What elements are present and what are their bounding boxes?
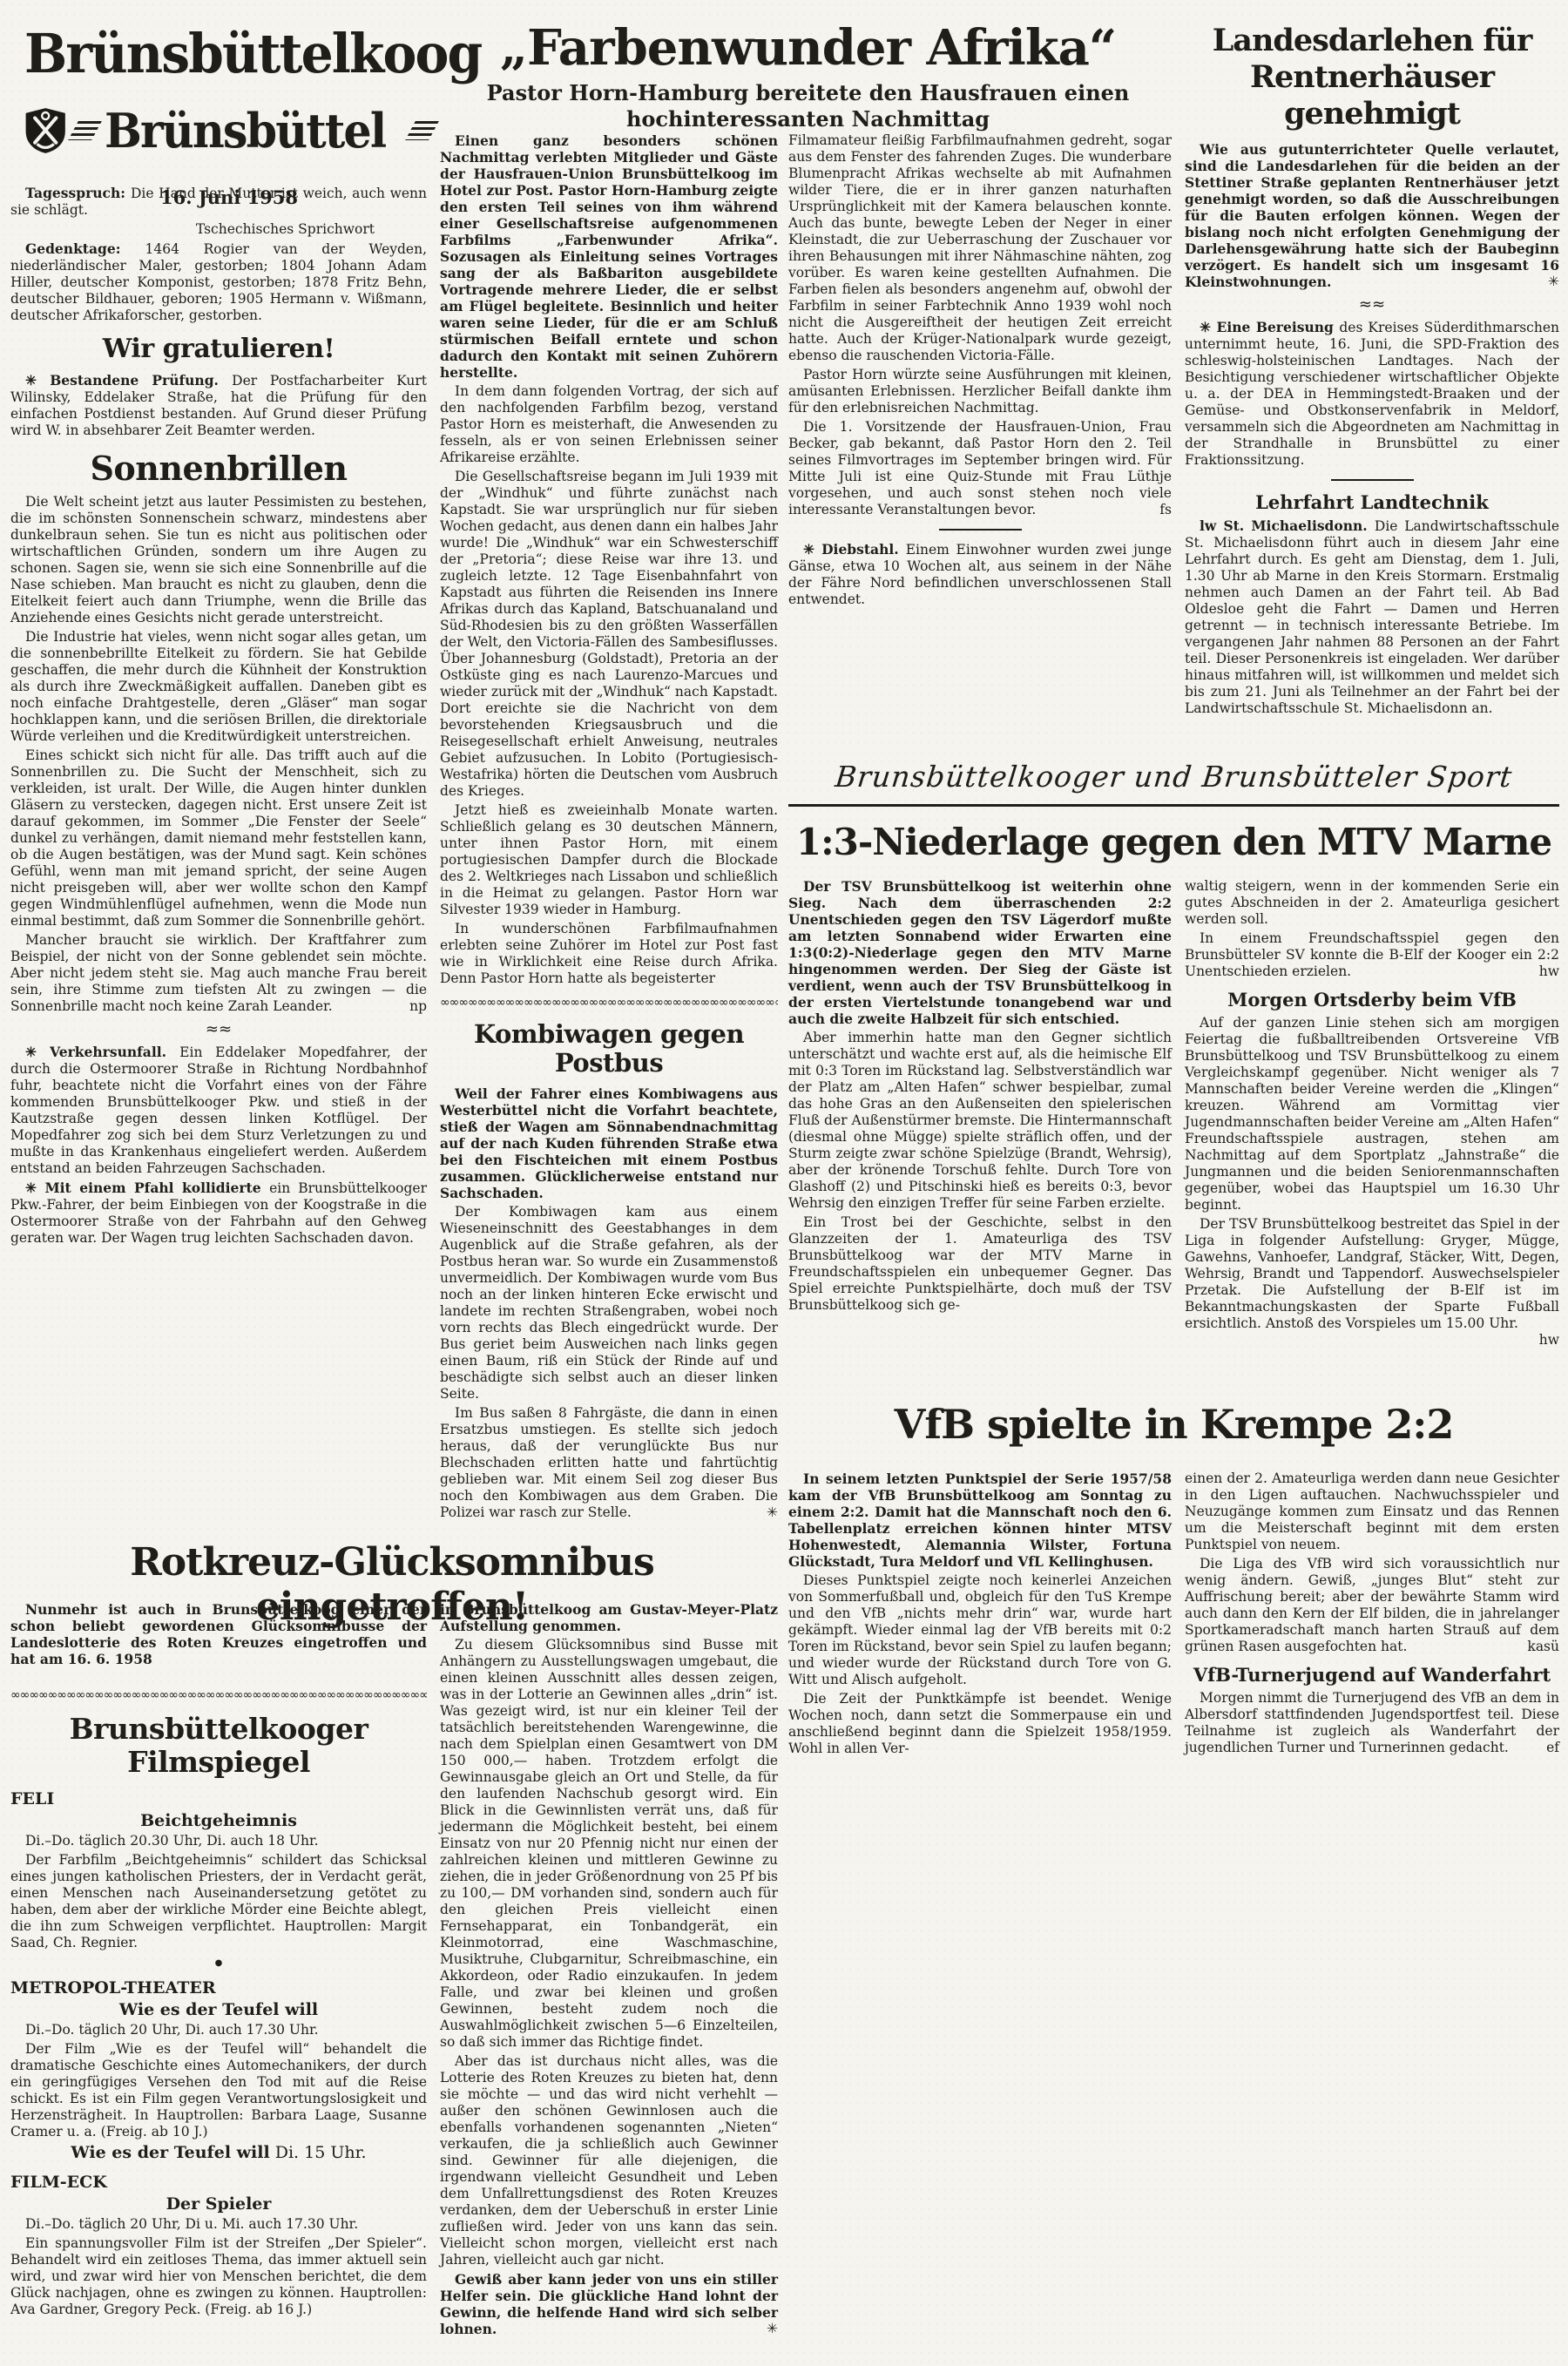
signature: fs: [1138, 502, 1172, 518]
star-icon: ✳: [803, 541, 821, 558]
left-column: Tagesspruch: Die Hand der Mutter ist wei…: [10, 185, 427, 1249]
paragraph: ✳ Eine Bereisung des Kreises Süderdithma…: [1185, 319, 1559, 469]
paragraph: Die Gesellschaftsreise begann im Juli 19…: [440, 469, 778, 800]
sport-headline-1: 1:3-Niederlage gegen den MTV Marne: [788, 821, 1559, 863]
paragraph: Einen ganz besonders schönen Nachmittag …: [440, 132, 778, 381]
paragraph: Gewiß aber kann jeder von uns ein stille…: [440, 2271, 778, 2337]
signature: ✳: [745, 1504, 778, 1521]
paragraph: Aber das ist durchaus nicht alles, was d…: [440, 2053, 778, 2268]
masthead-title-line2: Brünsbüttel: [105, 103, 385, 159]
divider-squiggle-icon: ≈≈: [1185, 295, 1559, 314]
film-title: Beichtgeheimnis: [10, 1811, 427, 1830]
film-title: Der Spieler: [10, 2194, 427, 2214]
anchor-shield-crest-icon: [24, 87, 66, 174]
africa-headline: „Farbenwunder Afrika“: [440, 19, 1176, 77]
paragraph: Weil der Fahrer eines Kombiwagens aus We…: [440, 1085, 778, 1201]
sport-column-a: Der TSV Brunsbüttelkoog ist weiterhin oh…: [788, 878, 1172, 1316]
paragraph: ✳ Verkehrsunfall. Ein Eddelaker Mopedfah…: [10, 1044, 427, 1177]
paragraph: Die Liga des VfB wird sich voraussichtli…: [1185, 1556, 1559, 1655]
paragraph: Die Welt scheint jetzt aus lauter Pessim…: [10, 494, 427, 626]
paragraph: Die Industrie hat vieles, wenn nicht sog…: [10, 629, 427, 745]
signature: ✳: [745, 2321, 778, 2337]
loans-headline-line2: Rentnerhäuser genehmigt: [1185, 59, 1559, 132]
star-icon: ✳: [25, 1044, 50, 1060]
cinema-name: METROPOL-THEATER: [10, 1978, 427, 1998]
paragraph-lead: lw St. Michaelisdonn.: [1200, 517, 1375, 534]
divider-wave-icon: ∞∞∞∞∞∞∞∞∞∞∞∞∞∞∞∞∞∞∞∞∞∞∞∞∞∞∞∞∞∞∞∞∞∞∞∞∞∞∞∞…: [10, 1688, 427, 1702]
paragraph-lead: Bestandene Prüfung.: [50, 372, 232, 389]
paragraph: Di.–Do. täglich 20 Uhr, Di. auch 17.30 U…: [10, 2022, 427, 2038]
section-heading: VfB-Turnerjugend auf Wanderfahrt: [1185, 1664, 1559, 1686]
sport-column-b: waltig steigern, wenn in der kommenden S…: [1185, 878, 1559, 1349]
signature: ✳: [1526, 274, 1559, 290]
paragraph: Die Zeit der Punktkämpfe ist beendet. We…: [788, 1691, 1172, 1757]
paragraph: Aber immerhin hatte man den Gegner sicht…: [788, 1030, 1172, 1212]
section-heading: Morgen Ortsderby beim VfB: [1185, 989, 1559, 1011]
film-title: Wie es der Teufel will Di. 15 Uhr.: [10, 2143, 427, 2162]
newspaper-page: Brünsbüttelkoog Brünsbüttel 16. Juni 195…: [0, 0, 1568, 2366]
paragraph: Ein Trost bei der Geschichte, selbst in …: [788, 1214, 1172, 1314]
right-column: Landesdarlehen für Rentnerhäuser genehmi…: [1185, 23, 1559, 720]
divider-dot-icon: ●: [10, 1958, 427, 1968]
paragraph-lead: Eine Bereisung: [1217, 319, 1340, 335]
paragraph: Der TSV Brunsbüttelkoog bestreitet das S…: [1185, 1216, 1559, 1332]
divider-dash-icon: [1331, 479, 1414, 481]
film-title: Wie es der Teufel will: [10, 2000, 427, 2019]
film-title-text: Der Spieler: [166, 2194, 272, 2214]
paragraph: In dem dann folgenden Vortrag, der sich …: [440, 383, 778, 466]
paragraph: Die 1. Vorsitzende der Hausfrauen-Union,…: [788, 419, 1172, 518]
film-title-text: Wie es der Teufel will: [71, 2143, 269, 2162]
sport-headline-2: VfB spielte in Krempe 2:2: [788, 1401, 1559, 1448]
redcross-intro-column: Nunmehr ist auch in Brunsbüttelkoog eine…: [10, 1601, 427, 1670]
paragraph-lead: Diebstahl.: [821, 541, 906, 558]
signature: hw: [1517, 1332, 1559, 1349]
paragraph: In wunderschönen Farbfilmaufnahmen erleb…: [440, 921, 778, 987]
paragraph: In einem Freundschaftsspiel gegen den Br…: [1185, 930, 1559, 980]
paragraph: Mancher braucht sie wirklich. Der Kraftf…: [10, 932, 427, 1015]
masthead-flourish-left: [69, 121, 103, 140]
masthead-flourish-right: [405, 121, 439, 140]
star-icon: ✳: [25, 1180, 45, 1196]
paragraph: Zu diesem Glücksomnibus sind Busse mit A…: [440, 1637, 778, 2051]
africa-column-1: Einen ganz besonders schönen Nachmittag …: [440, 132, 778, 1524]
section-heading: Kombiwagen gegen Postbus: [440, 1020, 778, 1078]
paragraph: Im Bus saßen 8 Fahrgäste, die dann in ei…: [440, 1405, 778, 1521]
paragraph: Ein spannungsvoller Film ist der Streife…: [10, 2235, 427, 2318]
paragraph: ✳ Bestandene Prüfung. Der Postfacharbeit…: [10, 372, 427, 439]
masthead-title-line1: Brünsbüttelkoog: [24, 26, 409, 82]
paragraph: Di.–Do. täglich 20.30 Uhr, Di. auch 18 U…: [10, 1833, 427, 1849]
loans-headline-line1: Landesdarlehen für: [1185, 23, 1559, 59]
paragraph: waltig steigern, wenn in der kommenden S…: [1185, 878, 1559, 928]
paragraph: lw St. Michaelisdonn. Die Landwirtschaft…: [1185, 517, 1559, 717]
cinema-name: FILM-ECK: [10, 2173, 427, 2192]
filmspiegel-column: ∞∞∞∞∞∞∞∞∞∞∞∞∞∞∞∞∞∞∞∞∞∞∞∞∞∞∞∞∞∞∞∞∞∞∞∞∞∞∞∞…: [10, 1680, 427, 2321]
paragraph: In seinem letzten Punktspiel der Serie 1…: [788, 1470, 1172, 1570]
paragraph: Jetzt hieß es zweieinhalb Monate warten.…: [440, 802, 778, 918]
star-icon: ✳: [25, 372, 50, 389]
masthead: Brünsbüttelkoog Brünsbüttel 16. Juni 195…: [24, 26, 434, 208]
paragraph: Di.–Do. täglich 20 Uhr, Di u. Mi. auch 1…: [10, 2216, 427, 2233]
section-heading: Brunsbüttelkooger Filmspiegel: [10, 1713, 427, 1779]
paragraph: Morgen nimmt die Turnerjugend des VfB an…: [1185, 1690, 1559, 1756]
paragraph: Nunmehr ist auch in Brunsbüttelkoog eine…: [10, 1601, 427, 1667]
divider-squiggle-icon: ≈≈: [10, 1020, 427, 1038]
section-heading: Lehrfahrt Landtechnik: [1185, 491, 1559, 513]
vfb-column-a: In seinem letzten Punktspiel der Serie 1…: [788, 1470, 1172, 1760]
paragraph: Pastor Horn würzte seine Ausführungen mi…: [788, 367, 1172, 416]
paragraph: ✳ Mit einem Pfahl kollidierte ein Brunsb…: [10, 1180, 427, 1247]
star-icon: ✳: [1200, 319, 1217, 335]
paragraph-lead: Gedenktage:: [25, 240, 145, 257]
paragraph: Der Kombiwagen kam aus einem Wieseneinsc…: [440, 1204, 778, 1403]
paragraph: ✳ Diebstahl. Einem Einwohner wurden zwei…: [788, 541, 1172, 608]
paragraph-lead: Verkehrsunfall.: [50, 1044, 179, 1060]
cinema-name: FELI: [10, 1789, 427, 1808]
paragraph: Dieses Punktspiel zeigte noch keinerlei …: [788, 1572, 1172, 1688]
redcross-continuation-column: in Brunsbüttelkoog am Gustav-Meyer-Platz…: [440, 1601, 778, 2340]
paragraph: Wie aus gutunterrichteter Quelle verlaut…: [1185, 141, 1559, 290]
section-heading: Sonnenbrillen: [10, 450, 427, 488]
paragraph: Eines schickt sich nicht für alle. Das t…: [10, 747, 427, 929]
right-column-body: Wie aus gutunterrichteter Quelle verlaut…: [1185, 141, 1559, 717]
africa-subhead: Pastor Horn-Hamburg bereitete den Hausfr…: [475, 80, 1141, 132]
paragraph: Filmamateur fleißig Farbfilmaufnahmen ge…: [788, 132, 1172, 364]
paragraph: Tschechisches Sprichwort: [10, 221, 427, 238]
signature: ef: [1524, 1740, 1559, 1756]
africa-column-2: Filmamateur fleißig Farbfilmaufnahmen ge…: [788, 132, 1172, 611]
divider-wave-icon: ∞∞∞∞∞∞∞∞∞∞∞∞∞∞∞∞∞∞∞∞∞∞∞∞∞∞∞∞∞∞∞∞∞∞∞∞∞∞∞∞…: [440, 996, 778, 1010]
paragraph: Tagesspruch: Die Hand der Mutter ist wei…: [10, 185, 427, 219]
section-heading: Wir gratulieren!: [10, 335, 427, 365]
divider-dash-icon: [939, 529, 1022, 531]
signature: hw: [1517, 963, 1559, 980]
signature: np: [388, 998, 427, 1015]
sport-kicker-text: Brunsbüttelkooger und Brunsbütteler Spor…: [834, 760, 1514, 794]
paragraph: Der Farbfilm „Beichtgeheimnis“ schildert…: [10, 1852, 427, 1951]
paragraph: Der Film „Wie es der Teufel will“ behand…: [10, 2041, 427, 2140]
paragraph: einen der 2. Amateurliga werden dann neu…: [1185, 1470, 1559, 1553]
vfb-column-b: einen der 2. Amateurliga werden dann neu…: [1185, 1470, 1559, 1759]
paragraph-lead: Mit einem Pfahl kollidierte: [45, 1180, 270, 1196]
paragraph: Auf der ganzen Linie stehen sich am morg…: [1185, 1015, 1559, 1213]
paragraph: Der TSV Brunsbüttelkoog ist weiterhin oh…: [788, 878, 1172, 1027]
paragraph-lead: Tagesspruch:: [25, 185, 131, 201]
signature: kasü: [1505, 1639, 1559, 1655]
paragraph: Gedenktage: 1464 Rogier van der Weyden, …: [10, 240, 427, 324]
film-title-text: Beichtgeheimnis: [140, 1811, 297, 1830]
film-title-text: Wie es der Teufel will: [119, 2000, 318, 2019]
sport-section-kicker: Brunsbüttelkooger und Brunsbütteler Spor…: [788, 760, 1559, 807]
paragraph: in Brunsbüttelkoog am Gustav-Meyer-Platz…: [440, 1601, 778, 1634]
